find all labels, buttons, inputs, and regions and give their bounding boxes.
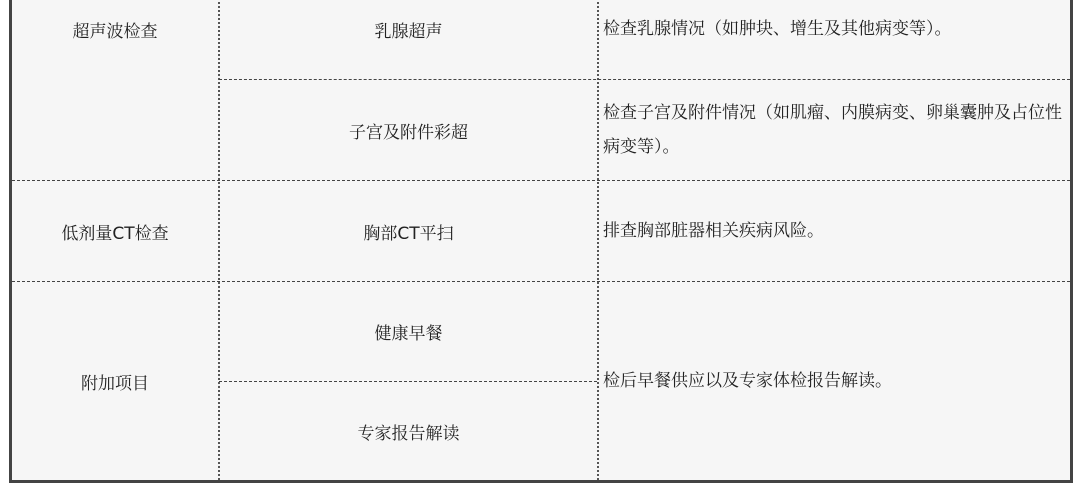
item-name: 专家报告解读 xyxy=(358,419,460,444)
item-cell-report-reading: 专家报告解读 xyxy=(220,382,597,480)
page: 超声波检查 乳腺超声 检查乳腺情况（如肿块、增生及其他病变等）。 子宫及附件彩超… xyxy=(0,0,1080,492)
item-cell-breakfast: 健康早餐 xyxy=(220,282,597,381)
item-cell-uterus-ultrasound: 子宫及附件彩超 xyxy=(220,80,597,180)
item-description: 检后早餐供应以及专家体检报告解读。 xyxy=(603,364,892,398)
category-label: 低剂量CT检查 xyxy=(61,219,168,244)
description-cell-extras: 检后早餐供应以及专家体检报告解读。 xyxy=(599,282,1070,480)
item-description: 排查胸部脏器相关疾病风险。 xyxy=(603,214,824,248)
item-name: 乳腺超声 xyxy=(375,17,443,42)
description-cell-chest-ct: 排查胸部脏器相关疾病风险。 xyxy=(599,181,1070,281)
description-cell-uterus-ultrasound: 检查子宫及附件情况（如肌瘤、内膜病变、卵巢囊肿及占位性病变等）。 xyxy=(599,80,1070,180)
category-cell-extras: 附加项目 xyxy=(12,282,218,480)
item-cell-breast-ultrasound: 乳腺超声 xyxy=(220,0,597,60)
item-name: 子宫及附件彩超 xyxy=(349,118,468,143)
category-cell-ct: 低剂量CT检查 xyxy=(12,181,218,281)
item-description: 检查子宫及附件情况（如肌瘤、内膜病变、卵巢囊肿及占位性病变等）。 xyxy=(603,96,1062,164)
description-cell-breast-ultrasound: 检查乳腺情况（如肿块、增生及其他病变等）。 xyxy=(599,0,1070,60)
category-cell-ultrasound: 超声波检查 xyxy=(12,0,218,60)
item-name: 胸部CT平扫 xyxy=(363,219,453,244)
exam-items-table: 超声波检查 乳腺超声 检查乳腺情况（如肿块、增生及其他病变等）。 子宫及附件彩超… xyxy=(9,0,1073,483)
item-name: 健康早餐 xyxy=(375,319,443,344)
category-label: 附加项目 xyxy=(81,369,149,394)
item-description: 检查乳腺情况（如肿块、增生及其他病变等）。 xyxy=(603,12,952,46)
category-label: 超声波检查 xyxy=(73,17,158,42)
item-cell-chest-ct: 胸部CT平扫 xyxy=(220,181,597,281)
